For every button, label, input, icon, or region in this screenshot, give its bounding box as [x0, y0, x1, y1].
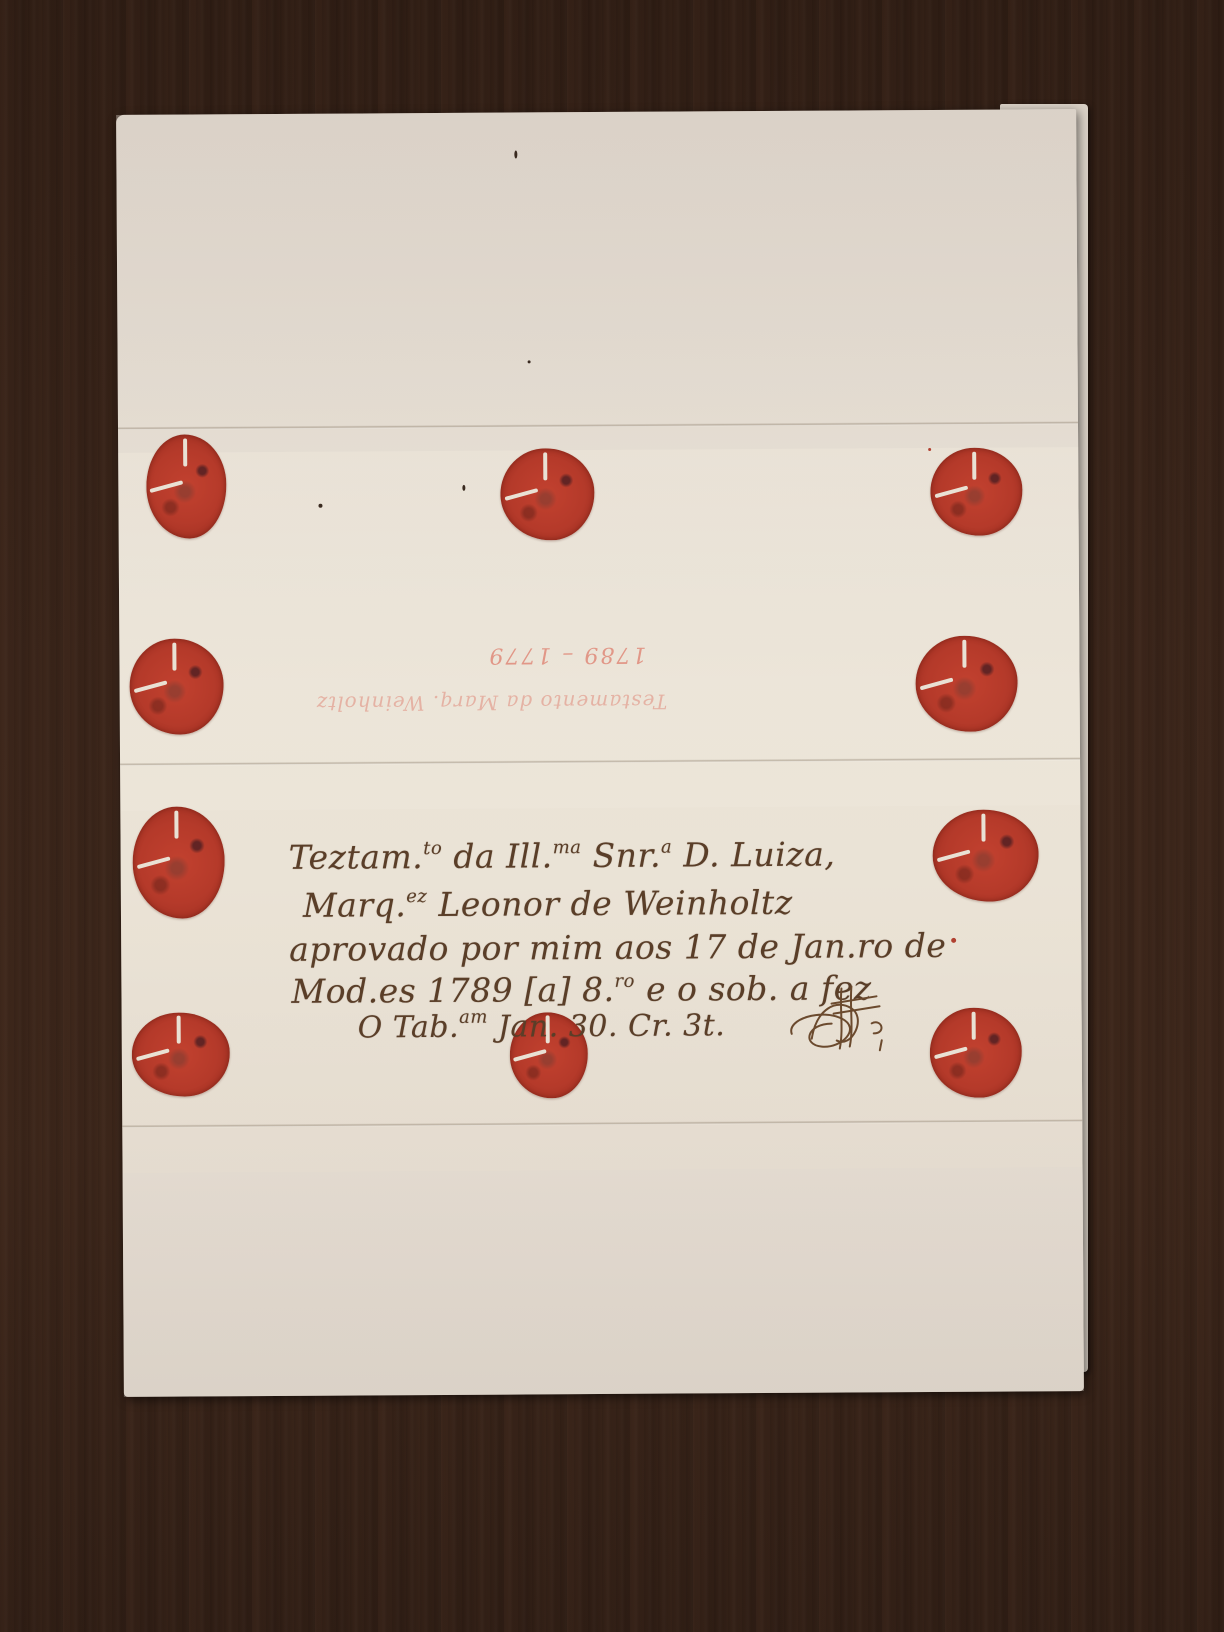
inscription-superscript: ez [406, 886, 427, 907]
inscription-line-3: aprovado por mim aos 17 de Jan.ro de [289, 926, 946, 969]
wax-seal-lower-left [132, 806, 225, 919]
wax-seal-lower-right [932, 809, 1039, 902]
inscription-text: Snr. [581, 836, 661, 875]
wax-seal-middle-left [129, 638, 224, 735]
ink-speck [318, 504, 322, 508]
inscription-superscript: am [459, 1007, 488, 1028]
inscription-text: O Tab. [358, 1010, 460, 1046]
wax-speck [951, 938, 956, 943]
ink-speck [514, 150, 517, 158]
inscription-line-1: Teztam.to da Ill.ma Snr.a D. Luiza, [289, 835, 836, 877]
red-annotation-title: Testamento da Marq. Weinholtz [316, 690, 668, 716]
inscription-text: Leonor de Weinholtz [427, 883, 792, 924]
inscription-superscript: to [423, 838, 442, 859]
wax-seal-top-left [146, 434, 227, 538]
wax-seal-middle-right [915, 635, 1018, 732]
inscription-text: Marq. [303, 885, 407, 925]
fold-panel-top [116, 109, 1078, 453]
wax-seal-top-right [930, 447, 1023, 536]
folded-letter: 1789 – 1779 Testamento da Marq. Weinholt… [116, 109, 1084, 1397]
fold-panel-bottom [123, 1167, 1084, 1397]
wax-speck [928, 448, 931, 451]
inscription-text: D. Luiza, [672, 835, 835, 875]
ink-speck [462, 485, 465, 491]
inscription-superscript: ma [553, 837, 582, 858]
ink-speck [528, 360, 531, 363]
inscription-text: Mod.es 1789 [a] 8. [291, 970, 614, 1011]
inscription-line-5: O Tab.am Jan. 30. Cr. 3t. [358, 1005, 726, 1045]
red-annotation-years: 1789 – 1779 [487, 642, 646, 668]
wax-seal-bottom-right [930, 1007, 1023, 1098]
wax-seal-bottom-left [132, 1012, 231, 1097]
inscription-line-2: Marq.ez Leonor de Weinholtz [303, 883, 793, 925]
signature-flourish-icon [781, 978, 901, 1059]
inscription-superscript: ro [614, 971, 635, 992]
inscription-text: da Ill. [442, 836, 553, 876]
inscription-text: Teztam. [289, 837, 424, 877]
inscription-superscript: a [661, 837, 672, 858]
inscription-text: Jan. 30. Cr. 3t. [488, 1008, 726, 1044]
wax-seal-top-center [500, 448, 595, 541]
